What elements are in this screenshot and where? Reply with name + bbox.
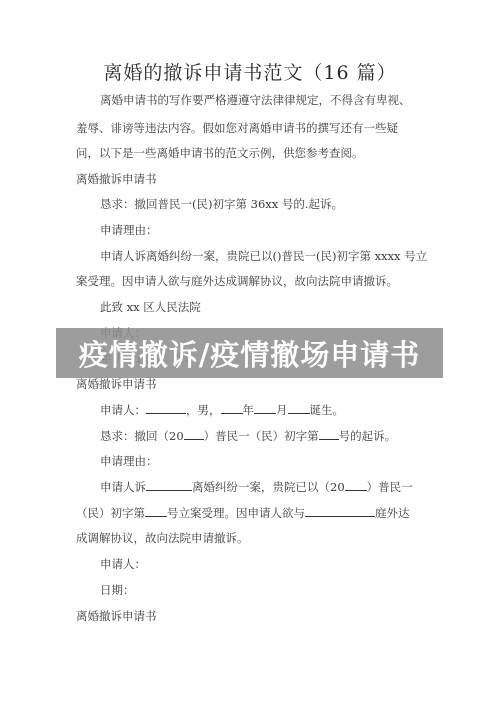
sample2-date: 日期： <box>100 582 135 598</box>
text: 号立案受理。因申请人欲与 <box>167 506 305 520</box>
sample2-request-line: 恳求：撤回（20）普民一（民）初字第号的起诉。 <box>100 428 396 444</box>
sample1-reason-line-1: 申请人诉离婚纠纷一案，贵院已以()普民一(民)初字第 xxxx 号立 <box>100 248 427 264</box>
sample2-reason-label: 申请理由： <box>100 453 158 469</box>
intro-line-2: 羞辱、诽谤等违法内容。假如您对离婚申请书的撰写还有一些疑 <box>76 120 398 136</box>
intro-line-3: 问，以下是一些离婚申请书的范文示例，供您参考查阅。 <box>76 145 364 161</box>
sample1-request: 恳求：撤回普民一(民)初字第 36xx 号的.起诉。 <box>100 196 343 212</box>
label: 申请人： <box>100 403 146 417</box>
year-blank <box>184 428 204 440</box>
text: 月 <box>276 403 288 417</box>
text: 庭外达 <box>375 506 410 520</box>
text: ，男， <box>186 403 221 417</box>
title-overlay-banner: 疫情撤诉/疫情撤场申请书 <box>56 328 443 378</box>
text: （民）初字第 <box>76 506 145 520</box>
party-blank <box>305 505 375 517</box>
sample1-reason-line-2: 案受理。因申请人欲与庭外达成调解协议，故向法院申请撤诉。 <box>76 273 398 289</box>
sample2-heading: 离婚撤诉申请书 <box>76 376 157 392</box>
name-blank <box>146 402 186 414</box>
document-title: 离婚的撤诉申请书范文（16 篇） <box>0 60 500 86</box>
sample2-applicant-line: 申请人：，男，年月诞生。 <box>100 402 344 418</box>
sample2-reason-line-3: 成调解协议，故向法院申请撤诉。 <box>76 530 249 546</box>
banner-title: 疫情撤诉/疫情撤场申请书 <box>79 333 421 374</box>
sample1-heading: 离婚撤诉申请书 <box>76 171 157 187</box>
sample1-addressee: 此致 xx 区人民法院 <box>100 299 201 315</box>
sample3-heading: 离婚撤诉申请书 <box>76 608 157 624</box>
defendant-blank <box>146 479 192 491</box>
case-number-blank <box>319 428 339 440</box>
text: 年 <box>243 403 255 417</box>
sample1-reason-label: 申请理由： <box>100 222 158 238</box>
day-blank <box>288 402 310 414</box>
year-blank <box>345 479 367 491</box>
text: 申请人诉 <box>100 480 146 494</box>
sample2-reason-line-1: 申请人诉离婚纠纷一案，贵院已以（20）普民一 <box>100 479 413 495</box>
text: ）普民一 <box>367 480 413 494</box>
text: ）普民一（民）初字第 <box>204 429 319 443</box>
sample2-applicant: 申请人： <box>100 556 146 572</box>
text: 恳求：撤回（20 <box>100 429 184 443</box>
text: 号的起诉。 <box>339 429 397 443</box>
text: 离婚纠纷一案，贵院已以（20 <box>192 480 345 494</box>
text: 诞生。 <box>310 403 345 417</box>
case-number-blank <box>145 505 167 517</box>
sample2-reason-line-2: （民）初字第号立案受理。因申请人欲与庭外达 <box>76 505 410 521</box>
year-blank <box>221 402 243 414</box>
intro-line-1: 离婚申请书的写作要严格遵遵守法律律规定，不得含有卑视、 <box>100 92 411 108</box>
month-blank <box>254 402 276 414</box>
